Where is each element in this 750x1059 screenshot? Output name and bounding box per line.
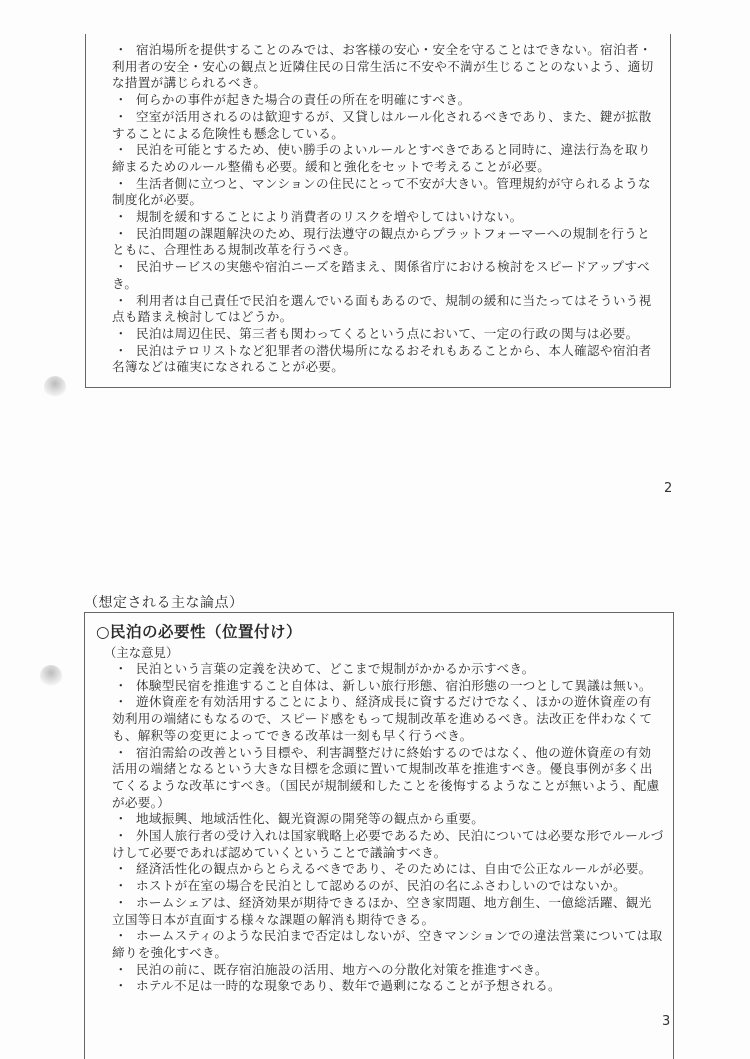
list-item: ・外国人旅行者の受け入れは国家戦略上必要であるため、民泊については必要な形でルー…: [112, 828, 664, 861]
bullet-icon: ・: [112, 895, 130, 912]
list-item: ・ホームスティのような民泊まで否定はしないが、空きマンションでの違法営業について…: [112, 928, 664, 961]
list-item: ・民泊を可能とするため、使い勝手のよいルールとすべきであると同時に、違法行為を取…: [112, 142, 662, 175]
bullet-icon: ・: [112, 343, 130, 360]
list-item: ・規制を緩和することにより消費者のリスクを増やしてはいけない。: [112, 209, 662, 226]
box-title: ○民泊の必要性（位置付け）: [96, 620, 302, 642]
item-text: 体験型民宿を推進すること自体は、新しい旅行形態、宿泊形態の一つとして異議は無い。: [112, 678, 664, 695]
bullet-icon: ・: [112, 962, 130, 979]
bullet-icon: ・: [112, 293, 130, 310]
list-item: ・民泊という言葉の定義を決めて、どこまで規制がかかるか示すべき。: [112, 661, 664, 678]
bullet-icon: ・: [112, 109, 130, 126]
page-number: 2: [664, 481, 672, 496]
item-text: 外国人旅行者の受け入れは国家戦略上必要であるため、民泊については必要な形でルール…: [112, 828, 664, 861]
bullet-icon: ・: [112, 259, 130, 276]
item-text: 空室が活用されるのは歓迎するが、又貸しはルール化されるべきであり、また、鍵が拡散…: [112, 109, 662, 142]
item-text: ホテル不足は一時的な現象であり、数年で過剰になることが予想される。: [112, 978, 664, 995]
bullet-icon: ・: [112, 878, 130, 895]
list-item: ・経済活性化の観点からとらえるべきであり、そのためには、自由で公正なルールが必要…: [112, 861, 664, 878]
list-item: ・体験型民宿を推進すること自体は、新しい旅行形態、宿泊形態の一つとして異議は無い…: [112, 678, 664, 695]
list-item: ・利用者は自己責任で民泊を選んでいる面もあるので、規制の緩和に当たってはそういう…: [112, 293, 662, 326]
item-text: 地域振興、地域活性化、観光資源の開発等の観点から重要。: [112, 811, 664, 828]
item-text: 民泊を可能とするため、使い勝手のよいルールとすべきであると同時に、違法行為を取り…: [112, 142, 662, 175]
list-item: ・ホストが在室の場合を民泊として認めるのが、民泊の名にふさわしいのではないか。: [112, 878, 664, 895]
list-item: ・民泊の前に、既存宿泊施設の活用、地方への分散化対策を推進すべき。: [112, 962, 664, 979]
list-item: ・空室が活用されるのは歓迎するが、又貸しはルール化されるべきであり、また、鍵が拡…: [112, 109, 662, 142]
bullet-icon: ・: [112, 209, 130, 226]
list-item: ・ホームシェアは、経済効果が期待できるほか、空き家問題、地方創生、一億総活躍、観…: [112, 895, 664, 928]
opinion-list-page3: ・民泊という言葉の定義を決めて、どこまで規制がかかるか示すべき。・体験型民宿を推…: [112, 661, 664, 995]
item-text: 規制を緩和することにより消費者のリスクを増やしてはいけない。: [112, 209, 662, 226]
bullet-icon: ・: [112, 661, 130, 678]
item-text: 利用者は自己責任で民泊を選んでいる面もあるので、規制の緩和に当たってはそういう視…: [112, 293, 662, 326]
section-heading: （想定される主な論点）: [84, 592, 244, 612]
bullet-icon: ・: [112, 928, 130, 945]
punch-hole: [44, 376, 66, 398]
bullet-icon: ・: [112, 226, 130, 243]
item-text: 民泊サービスの実態や宿泊ニーズを踏まえ、関係省庁における検討をスピードアップすべ…: [112, 259, 662, 292]
bullet-icon: ・: [112, 42, 130, 59]
list-item: ・民泊は周辺住民、第三者も関わってくるという点において、一定の行政の関与は必要。: [112, 326, 662, 343]
item-text: 民泊はテロリストなど犯罪者の潜伏場所になるおそれもあることから、本人確認や宿泊者…: [112, 343, 662, 376]
list-item: ・何らかの事件が起きた場合の責任の所在を明確にすべき。: [112, 92, 662, 109]
item-text: 遊休資産を有効活用することにより、経済成長に資するだけでなく、ほかの遊休資産の有…: [112, 694, 664, 744]
sub-heading: （主な意見）: [104, 643, 178, 661]
bullet-icon: ・: [112, 745, 130, 762]
item-text: 宿泊場所を提供することのみでは、お客様の安心・安全を守ることはできない。宿泊者・…: [112, 42, 662, 92]
opinion-list-page2: ・宿泊場所を提供することのみでは、お客様の安心・安全を守ることはできない。宿泊者…: [112, 42, 662, 376]
item-text: 民泊問題の課題解決のため、現行法遵守の観点からプラットフォーマーへの規制を行うと…: [112, 226, 662, 259]
list-item: ・ホテル不足は一時的な現象であり、数年で過剰になることが予想される。: [112, 978, 664, 995]
item-text: 生活者側に立つと、マンションの住民にとって不安が大きい。管理規約が守られるような…: [112, 176, 662, 209]
bullet-icon: ・: [112, 694, 130, 711]
bullet-icon: ・: [112, 828, 130, 845]
bullet-icon: ・: [112, 861, 130, 878]
bullet-icon: ・: [112, 142, 130, 159]
item-text: 宿泊需給の改善という目標や、利害調整だけに終始するのではなく、他の遊休資産の有効…: [112, 745, 664, 812]
item-text: 民泊の前に、既存宿泊施設の活用、地方への分散化対策を推進すべき。: [112, 962, 664, 979]
bullet-icon: ・: [112, 326, 130, 343]
list-item: ・遊休資産を有効活用することにより、経済成長に資するだけでなく、ほかの遊休資産の…: [112, 694, 664, 744]
item-text: ホームスティのような民泊まで否定はしないが、空きマンションでの違法営業については…: [112, 928, 664, 961]
item-text: ホストが在室の場合を民泊として認めるのが、民泊の名にふさわしいのではないか。: [112, 878, 664, 895]
item-text: 経済活性化の観点からとらえるべきであり、そのためには、自由で公正なルールが必要。: [112, 861, 664, 878]
list-item: ・民泊サービスの実態や宿泊ニーズを踏まえ、関係省庁における検討をスピードアップす…: [112, 259, 662, 292]
item-text: 民泊は周辺住民、第三者も関わってくるという点において、一定の行政の関与は必要。: [112, 326, 662, 343]
item-text: 民泊という言葉の定義を決めて、どこまで規制がかかるか示すべき。: [112, 661, 664, 678]
list-item: ・宿泊場所を提供することのみでは、お客様の安心・安全を守ることはできない。宿泊者…: [112, 42, 662, 92]
bullet-icon: ・: [112, 92, 130, 109]
list-item: ・民泊問題の課題解決のため、現行法遵守の観点からプラットフォーマーへの規制を行う…: [112, 226, 662, 259]
item-text: ホームシェアは、経済効果が期待できるほか、空き家問題、地方創生、一億総活躍、観光…: [112, 895, 664, 928]
list-item: ・民泊はテロリストなど犯罪者の潜伏場所になるおそれもあることから、本人確認や宿泊…: [112, 343, 662, 376]
list-item: ・生活者側に立つと、マンションの住民にとって不安が大きい。管理規約が守られるよう…: [112, 176, 662, 209]
list-item: ・宿泊需給の改善という目標や、利害調整だけに終始するのではなく、他の遊休資産の有…: [112, 745, 664, 812]
page-number: 3: [662, 1014, 670, 1029]
bullet-icon: ・: [112, 678, 130, 695]
bullet-icon: ・: [112, 811, 130, 828]
punch-hole: [40, 665, 62, 687]
bullet-icon: ・: [112, 978, 130, 995]
item-text: 何らかの事件が起きた場合の責任の所在を明確にすべき。: [112, 92, 662, 109]
bullet-icon: ・: [112, 176, 130, 193]
list-item: ・地域振興、地域活性化、観光資源の開発等の観点から重要。: [112, 811, 664, 828]
